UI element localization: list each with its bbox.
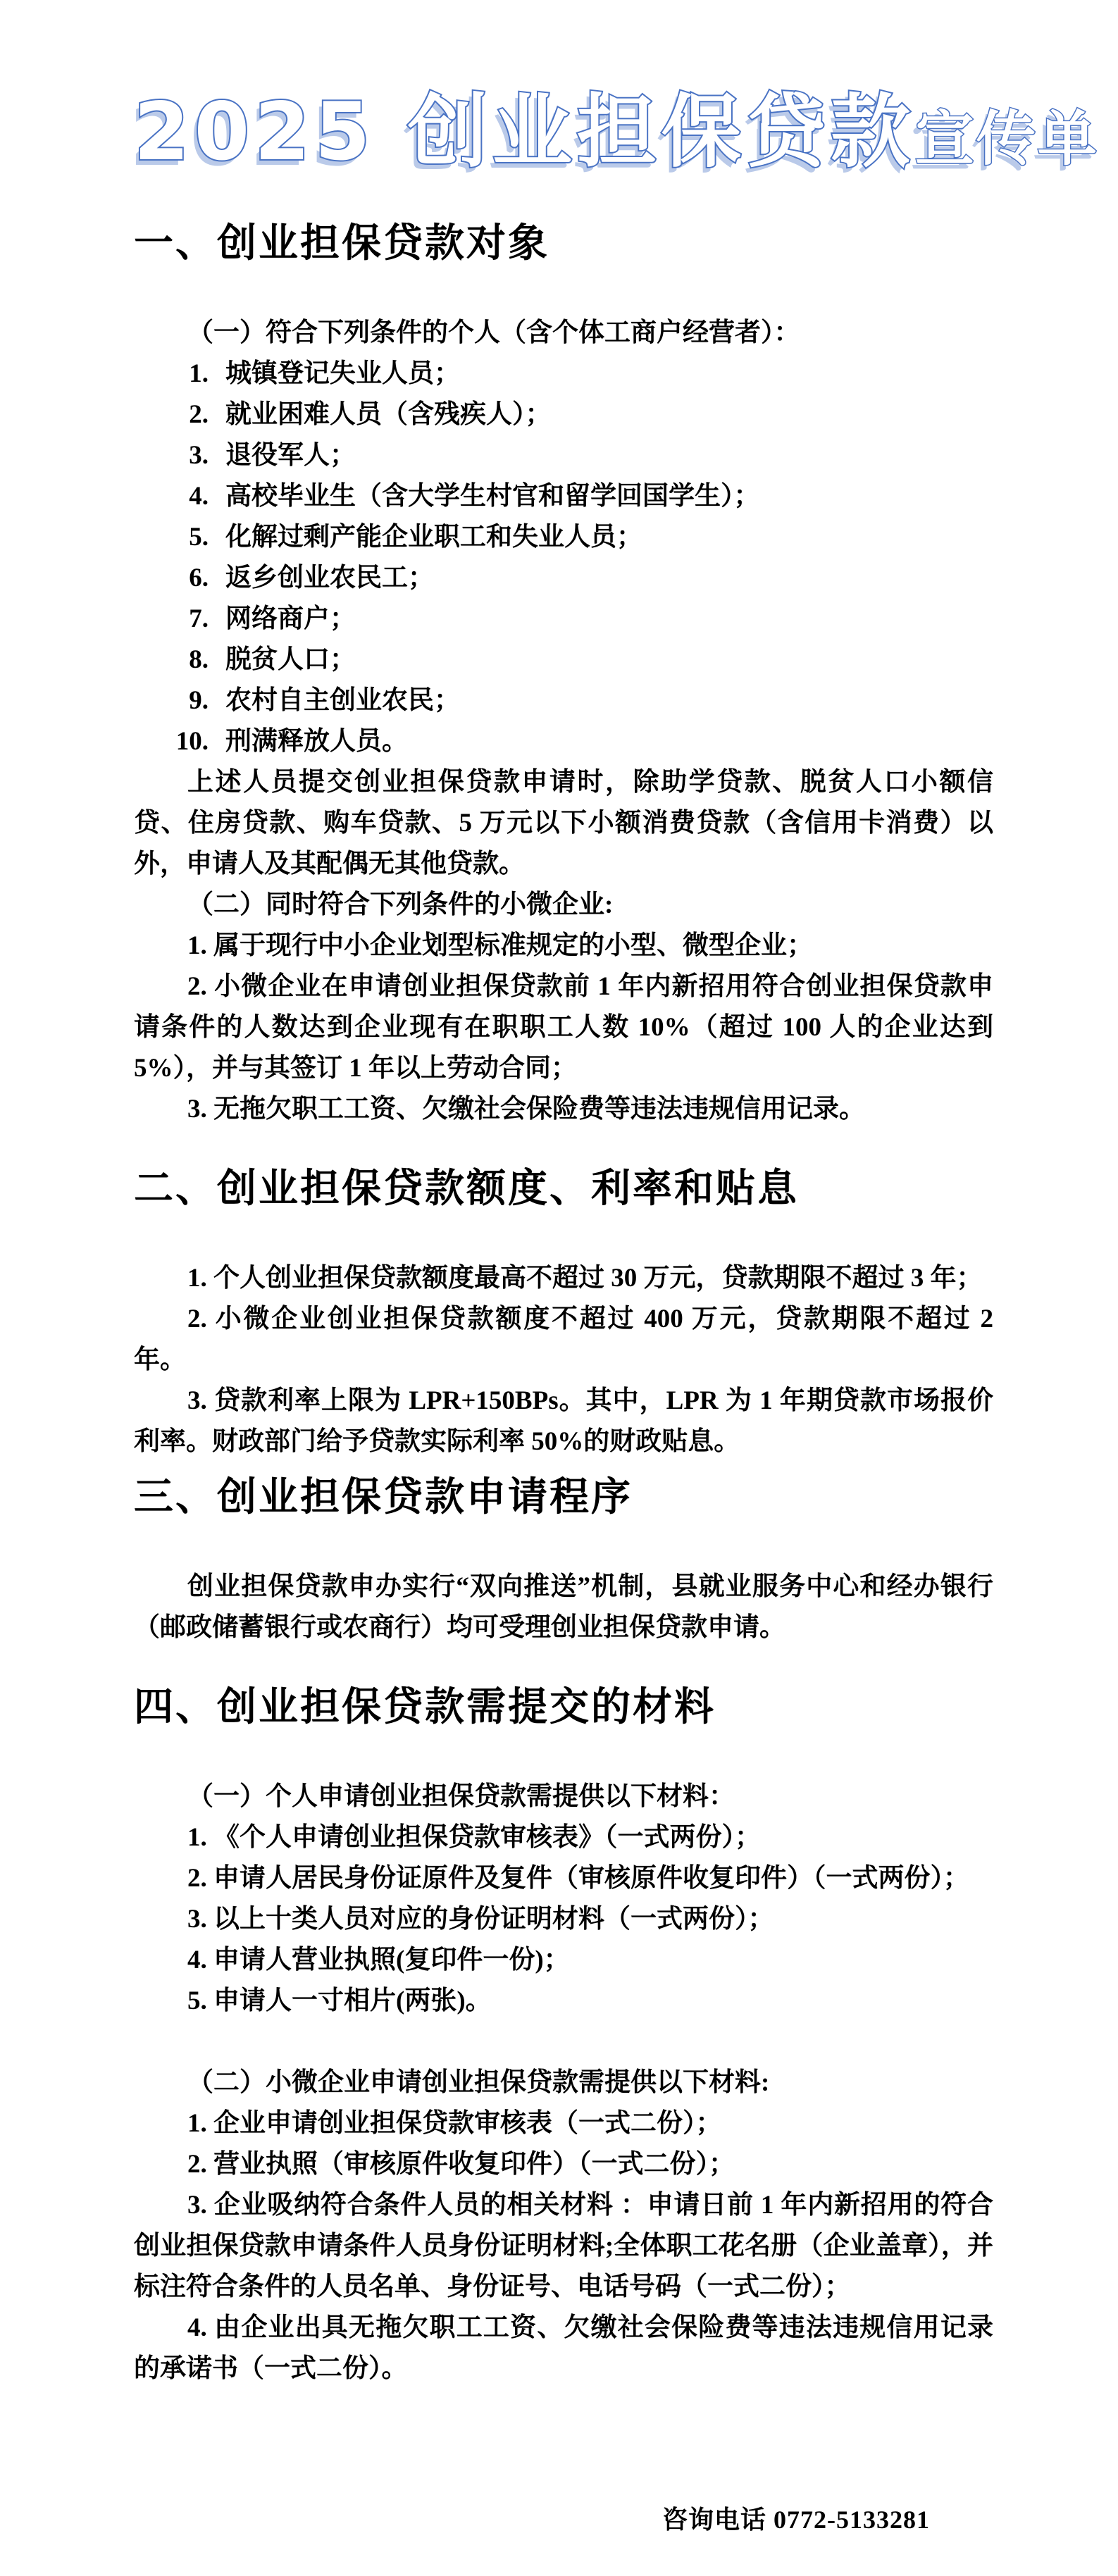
list-item: 2. 小微企业创业担保贷款额度不超过 400 万元，贷款期限不超过 2 年。	[134, 1299, 993, 1381]
list-item: 5. 申请人一寸相片(两张)。	[134, 1981, 993, 2022]
list-item: 5.化解过剩产能企业职工和失业人员；	[134, 517, 993, 558]
list-item: 1. 企业申请创业担保贷款审核表（一式二份）；	[134, 2103, 993, 2144]
list-item-number: 2.	[134, 394, 209, 435]
list-item-text: 高校毕业生（含大学生村官和留学回国学生）；	[225, 482, 760, 511]
section-loan-targets: 一、创业担保贷款对象 （一）符合下列条件的个人（含个体工商户经营者）： 1.城镇…	[134, 218, 993, 1130]
list-item-number: 4.	[134, 476, 209, 517]
section-required-materials: 四、创业担保贷款需提交的材料 （一）个人申请创业担保贷款需提供以下材料： 1. …	[134, 1682, 993, 2389]
list-item-text: 城镇登记失业人员；	[225, 359, 460, 388]
list-item: 6.返乡创业农民工；	[134, 558, 993, 599]
flyer-page: { "accent_color": "#4a73c4", "text_color…	[0, 0, 1118, 2576]
list-item-number: 1.	[134, 354, 209, 394]
s4-lead-enterprises: （二）小微企业申请创业担保贷款需提供以下材料:	[134, 2062, 993, 2103]
s1-lead-enterprises: （二）同时符合下列条件的小微企业:	[134, 885, 993, 926]
s4-lead-individuals: （一）个人申请创业担保贷款需提供以下材料：	[134, 1777, 993, 1817]
list-item: 3. 以上十类人员对应的身份证明材料（一式两份）；	[134, 1899, 993, 1940]
list-item: 8.脱贫人口；	[134, 640, 993, 680]
list-item: 9.农村自主创业农民；	[134, 680, 993, 721]
s1-other-loans-note: 上述人员提交创业担保贷款申请时，除助学贷款、脱贫人口小额信贷、住房贷款、购车贷款…	[134, 762, 993, 885]
doc-title: 2025 创业担保贷款 宣传单	[134, 79, 993, 185]
contact-phone-line: 咨询电话 0772-5133281	[134, 2502, 993, 2537]
list-item-text: 退役军人；	[225, 441, 356, 470]
list-item: 3. 无拖欠职工工资、欠缴社会保险费等违法违规信用记录。	[134, 1089, 993, 1130]
s1-lead-individuals: （一）符合下列条件的个人（含个体工商户经营者）：	[134, 313, 993, 354]
list-item-text: 脱贫人口；	[225, 645, 356, 674]
s3-procedure-paragraph: 创业担保贷款申办实行“双向推送”机制，县就业服务中心和经办银行（邮政储蓄银行或农…	[134, 1567, 993, 1648]
list-item: 10.刑满释放人员。	[134, 721, 993, 762]
list-item: 4. 由企业出具无拖欠职工工资、欠缴社会保险费等违法违规信用记录的承诺书（一式二…	[134, 2308, 993, 2389]
list-item-text: 农村自主创业农民；	[225, 686, 460, 715]
list-item-number: 3.	[134, 435, 209, 476]
list-item: 4.高校毕业生（含大学生村官和留学回国学生）；	[134, 476, 993, 517]
list-item-number: 7.	[134, 599, 209, 640]
list-item-number: 6.	[134, 558, 209, 599]
section-3-heading: 三、创业担保贷款申请程序	[134, 1472, 993, 1522]
section-1-heading: 一、创业担保贷款对象	[134, 218, 993, 268]
list-item-number: 5.	[134, 517, 209, 558]
list-item: 1. 属于现行中小企业划型标准规定的小型、微型企业；	[134, 926, 993, 966]
list-item: 3. 企业吸纳符合条件人员的相关材料 ：申请日前 1 年内新招用的符合创业担保贷…	[134, 2185, 993, 2308]
list-item-number: 9.	[134, 680, 209, 721]
section-4-heading: 四、创业担保贷款需提交的材料	[134, 1682, 993, 1731]
list-item: 2.就业困难人员（含残疾人）；	[134, 394, 993, 435]
list-item: 1.城镇登记失业人员；	[134, 354, 993, 394]
list-item: 2. 小微企业在申请创业担保贷款前 1 年内新招用符合创业担保贷款申请条件的人数…	[134, 966, 993, 1089]
list-item-number: 10.	[134, 721, 209, 762]
list-item: 2. 申请人居民身份证原件及复件（审核原件收复印件）（一式两份）；	[134, 1858, 993, 1899]
section-loan-amount-rate: 二、创业担保贷款额度、利率和贴息 1. 个人创业担保贷款额度最高不超过 30 万…	[134, 1164, 993, 1462]
section-application-procedure: 三、创业担保贷款申请程序 创业担保贷款申办实行“双向推送”机制，县就业服务中心和…	[134, 1472, 993, 1648]
list-item: 1. 个人创业担保贷款额度最高不超过 30 万元，贷款期限不超过 3 年；	[134, 1258, 993, 1299]
title-main: 2025 创业担保贷款	[134, 79, 915, 185]
title-suffix: 宣传单	[915, 97, 1099, 181]
list-item-text: 网络商户；	[225, 604, 356, 633]
section-2-heading: 二、创业担保贷款额度、利率和贴息	[134, 1164, 993, 1213]
list-item-text: 就业困难人员（含残疾人）；	[225, 400, 552, 429]
list-item-text: 化解过剩产能企业职工和失业人员；	[225, 523, 642, 552]
list-item: 4. 申请人营业执照(复印件一份)；	[134, 1940, 993, 1981]
list-item: 7.网络商户；	[134, 599, 993, 640]
list-item: 2. 营业执照（审核原件收复印件）（一式二份）；	[134, 2144, 993, 2185]
list-item-text: 返乡创业农民工；	[225, 564, 434, 592]
list-item: 1. 《个人申请创业担保贷款审核表》（一式两份）；	[134, 1817, 993, 1858]
list-item-number: 8.	[134, 640, 209, 680]
list-item-text: 刑满释放人员。	[225, 727, 408, 756]
document-body: 2025 创业担保贷款 宣传单 一、创业担保贷款对象 （一）符合下列条件的个人（…	[0, 0, 1118, 2565]
list-item: 3. 贷款利率上限为 LPR+150BPs。其中，LPR 为 1 年期贷款市场报…	[134, 1381, 993, 1462]
list-item: 3.退役军人；	[134, 435, 993, 476]
